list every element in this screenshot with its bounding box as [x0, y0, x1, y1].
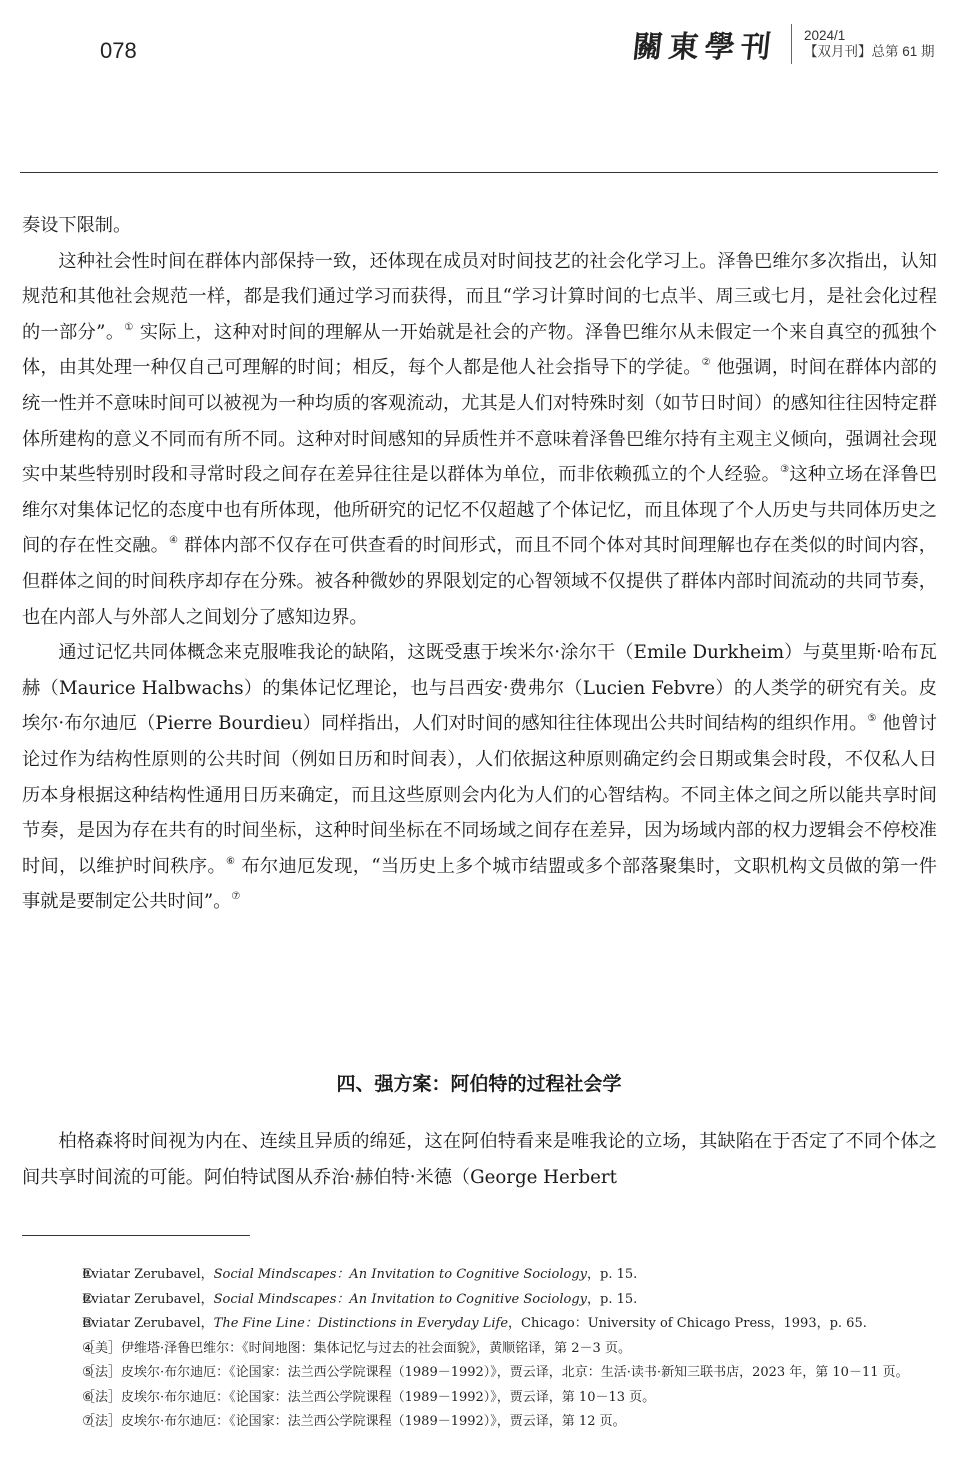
issue-info: 2024/1 【双月刊】总第 61 期: [804, 28, 935, 60]
footnote-text: ［美］伊维塔·泽鲁巴维尔：《时间地图：集体记忆与过去的社会面貌》，黄顺铭译，第 …: [82, 1341, 631, 1356]
footnote-mark: ④: [52, 1337, 82, 1362]
footnote-mark: ①: [52, 1263, 82, 1288]
footnote-text: Eviatar Zerubavel，: [82, 1267, 214, 1282]
footnote-mark: ⑥: [52, 1386, 82, 1411]
footnote-mark: ②: [52, 1288, 82, 1313]
body-text: 奏设下限制。这种社会性时间在群体内部保持一致，还体现在成员对时间技艺的社会化学习…: [22, 208, 937, 920]
footnote-text: ［法］皮埃尔·布尔迪厄：《论国家：法兰西公学院课程（1989－1992）》，贾云…: [82, 1390, 655, 1405]
page-number: 078: [100, 38, 137, 64]
footnote-text: ，p. 15.: [587, 1267, 637, 1282]
body-paragraph: 奏设下限制。: [22, 208, 937, 244]
footnote-text: ，Chicago：University of Chicago Press，199…: [508, 1316, 867, 1331]
footnote-ref[interactable]: ⑦: [231, 891, 240, 902]
footnote: ②Eviatar Zerubavel，Social Mindscapes：An …: [22, 1288, 937, 1313]
footnote: ①Eviatar Zerubavel，Social Mindscapes：An …: [22, 1263, 937, 1288]
journal-logo: 關東學刊: [631, 22, 780, 66]
masthead-divider: [791, 24, 792, 64]
paragraph-text: 通过记忆共同体概念来克服唯我论的缺陷，这既受惠于埃米尔·涂尔干（Emile Du…: [22, 642, 937, 734]
footnote-title: Social Mindscapes：An Invitation to Cogni…: [214, 1292, 587, 1307]
masthead: 關東學刊 2024/1 【双月刊】总第 61 期: [633, 22, 935, 66]
issue-year: 2024/1: [804, 28, 935, 44]
footnote: ④［美］伊维塔·泽鲁巴维尔：《时间地图：集体记忆与过去的社会面貌》，黄顺铭译，第…: [22, 1337, 937, 1362]
section-paragraph: 柏格森将时间视为内在、连续且异质的绵延，这在阿伯特看来是唯我论的立场，其缺陷在于…: [22, 1124, 937, 1195]
footnote-text: Eviatar Zerubavel，: [82, 1292, 214, 1307]
header-rule: [20, 172, 938, 173]
footnote-ref[interactable]: ⑥: [226, 856, 235, 867]
section-body: 柏格森将时间视为内在、连续且异质的绵延，这在阿伯特看来是唯我论的立场，其缺陷在于…: [22, 1124, 937, 1195]
footnotes: ①Eviatar Zerubavel，Social Mindscapes：An …: [22, 1263, 937, 1435]
footnote-rule: [22, 1235, 250, 1236]
footnote-mark: ⑦: [52, 1410, 82, 1435]
footnote-ref[interactable]: ②: [702, 357, 711, 368]
footnote-mark: ③: [52, 1312, 82, 1337]
footnote-ref[interactable]: ⑤: [868, 713, 877, 724]
body-paragraph: 通过记忆共同体概念来克服唯我论的缺陷，这既受惠于埃米尔·涂尔干（Emile Du…: [22, 635, 937, 920]
footnote: ③Eviatar Zerubavel，The Fine Line：Distinc…: [22, 1312, 937, 1337]
issue-number: 【双月刊】总第 61 期: [804, 44, 935, 60]
paragraph-text: 奏设下限制。: [22, 215, 131, 236]
footnote: ⑥［法］皮埃尔·布尔迪厄：《论国家：法兰西公学院课程（1989－1992）》，贾…: [22, 1386, 937, 1411]
body-paragraph: 这种社会性时间在群体内部保持一致，还体现在成员对时间技艺的社会化学习上。泽鲁巴维…: [22, 244, 937, 636]
footnote-ref[interactable]: ③: [780, 464, 789, 475]
footnote-title: Social Mindscapes：An Invitation to Cogni…: [214, 1267, 587, 1282]
footnote: ⑦［法］皮埃尔·布尔迪厄：《论国家：法兰西公学院课程（1989－1992）》，贾…: [22, 1410, 937, 1435]
footnote-mark: ⑤: [52, 1361, 82, 1386]
footnote-text: ［法］皮埃尔·布尔迪厄：《论国家：法兰西公学院课程（1989－1992）》，贾云…: [82, 1365, 909, 1380]
footnote: ⑤［法］皮埃尔·布尔迪厄：《论国家：法兰西公学院课程（1989－1992）》，贾…: [22, 1361, 937, 1386]
footnote-text: ［法］皮埃尔·布尔迪厄：《论国家：法兰西公学院课程（1989－1992）》，贾云…: [82, 1414, 626, 1429]
footnote-text: Eviatar Zerubavel，: [82, 1316, 214, 1331]
section-heading: 四、强方案：阿伯特的过程社会学: [0, 1069, 958, 1096]
footnote-ref[interactable]: ①: [124, 322, 133, 333]
footnote-text: ，p. 15.: [587, 1292, 637, 1307]
paragraph-text: 他曾讨论过作为结构性原则的公共时间（例如日历和时间表），人们依据这种原则确定约会…: [22, 713, 937, 876]
footnote-ref[interactable]: ④: [169, 535, 178, 546]
footnote-title: The Fine Line：Distinctions in Everyday L…: [214, 1316, 508, 1331]
